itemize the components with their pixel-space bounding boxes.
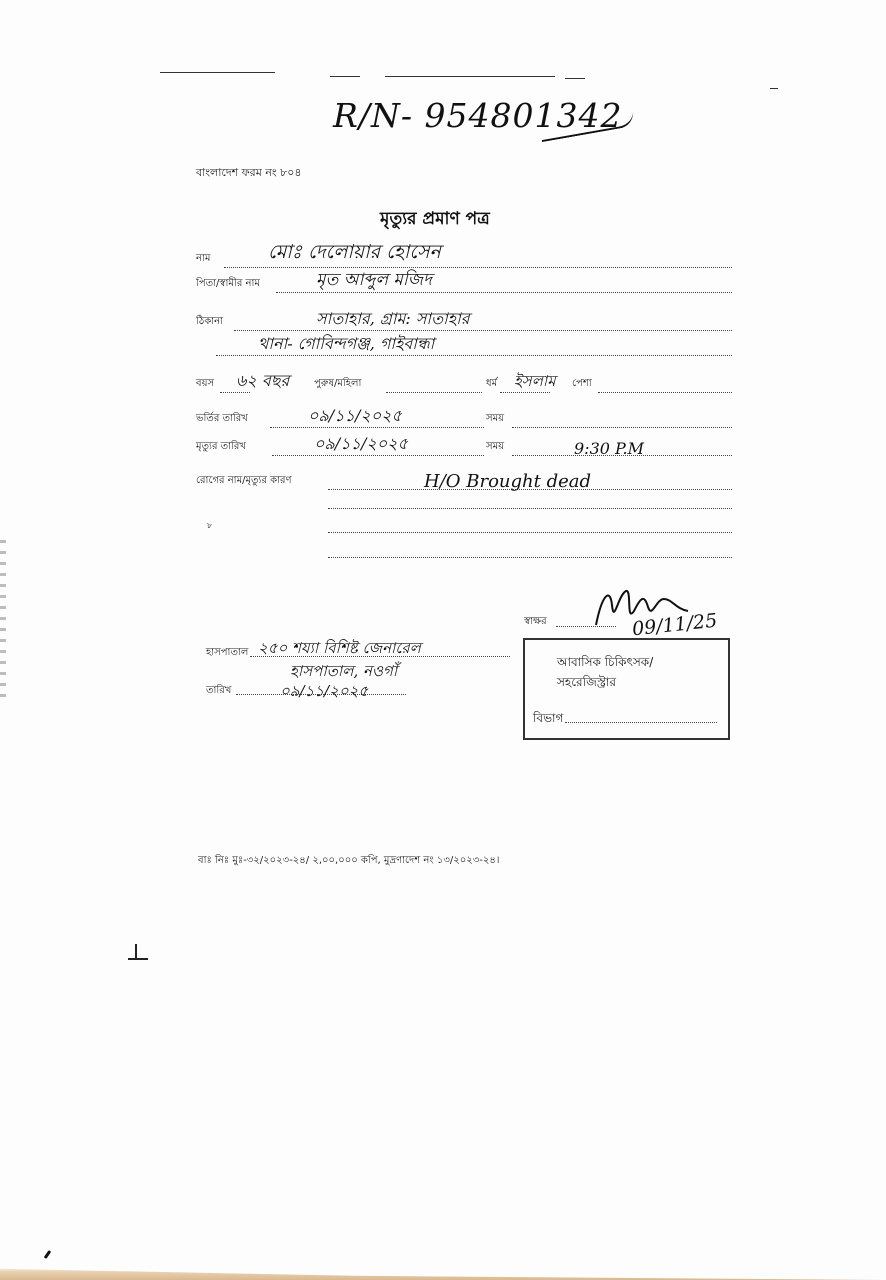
field-cause-of-death: রোগের নাম/মৃত্যুর কারণ H/O Brought dead [196, 474, 732, 492]
top-dash-line [385, 76, 555, 77]
hospital-date-label: তারিখ [206, 683, 231, 700]
field-label: রোগের নাম/মৃত্যুর কারণ [196, 473, 292, 490]
print-info: বাঃ নিঃ মুঃ-৩২/২০২৩-২৪/ ২,০০,০০০ কপি, মু… [198, 853, 499, 870]
officer-title-line1: আবাসিক চিকিৎসক/ [557, 654, 653, 674]
admission-date-value: ০৯/১১/২০২৫ [308, 403, 402, 430]
blank-dotted-line [328, 508, 732, 509]
hospital-line1: ২৫০ শয্যা বিশিষ্ট জেনারেল [258, 637, 421, 662]
top-dash-line [160, 72, 275, 73]
dotted-line [598, 392, 732, 393]
field-label: ভর্তির তারিখ [196, 411, 248, 428]
stray-mark [44, 1250, 52, 1259]
hospital-date-value: ০৯/১১/২০২৫ [280, 680, 368, 705]
department-label: বিভাগ [533, 710, 563, 730]
dotted-line [565, 722, 717, 723]
cause-of-death-value: H/O Brought dead [424, 471, 591, 492]
top-dash-line [770, 88, 778, 89]
death-date-value: ০৯/১১/২০২৫ [314, 431, 408, 458]
page-title: মৃত্যুর প্রমাণ পত্র [380, 206, 490, 234]
field-admission-date: ভর্তির তারিখ ০৯/১১/২০২৫ সময় [196, 412, 732, 430]
dotted-line [386, 392, 482, 393]
scan-edge-left [0, 540, 6, 700]
religion-label: ধর্ম [486, 376, 497, 393]
blank-dotted-line [328, 557, 732, 558]
sex-label: পুরুষ/মহিলা [314, 376, 361, 393]
blank-dotted-line [328, 532, 732, 533]
field-address-line2: থানা- গোবিন্দগঞ্জ, গাইবান্ধা [196, 340, 732, 358]
occupation-label: পেশা [572, 376, 592, 393]
hospital-label: হাসপাতাল [206, 645, 248, 662]
address-line2: থানা- গোবিন্দগঞ্জ, গাইবান্ধা [258, 331, 434, 358]
corner-mark [128, 958, 148, 960]
field-label: নাম [196, 251, 210, 268]
scan-edge-bottom [0, 1266, 886, 1280]
corner-mark [135, 944, 137, 959]
age-value: ৬২ বছর [236, 368, 289, 395]
top-dash-line [330, 76, 360, 77]
admission-time-label: সময় [486, 411, 504, 428]
dotted-line [512, 427, 732, 428]
field-label: ঠিকানা [196, 314, 223, 331]
top-dash-line [565, 78, 585, 79]
death-time-label: সময় [486, 439, 504, 456]
field-death-date: মৃত্যুর তারিখ ০৯/১১/২০২৫ সময় 9:30 P.M [196, 440, 732, 458]
religion-value: ইসলাম [514, 370, 556, 395]
father-name-value: মৃত আব্দুল মজিদ [316, 267, 432, 295]
field-label: বয়স [196, 376, 214, 393]
stray-mark: ৮ [207, 520, 212, 533]
field-name: নাম মোঃ দেলোয়ার হোসেন [196, 252, 732, 270]
form-number: বাংলাদেশ ফরম নং ৮০৪ [196, 164, 302, 183]
field-label: মৃত্যুর তারিখ [196, 439, 246, 456]
field-father-husband-name: পিতা/স্বামীর নাম মৃত আব্দুল মজিদ [196, 277, 732, 295]
name-value: মোঃ দেলোয়ার হোসেন [268, 238, 441, 270]
death-time-value: 9:30 P.M [574, 439, 644, 458]
officer-box: আবাসিক চিকিৎসক/ সহরেজিস্ট্রার বিভাগ [523, 638, 730, 740]
field-age-row: বয়স ৬২ বছর পুরুষ/মহিলা ধর্ম ইসলাম পেশা [196, 377, 732, 395]
field-label: পিতা/স্বামীর নাম [196, 276, 260, 293]
signature-label: স্বাক্ষর [524, 614, 547, 631]
address-line1: সাতাহার, গ্রাম: সাতাহার [316, 306, 470, 333]
officer-title-line2: সহরেজিস্ট্রার [557, 674, 616, 694]
